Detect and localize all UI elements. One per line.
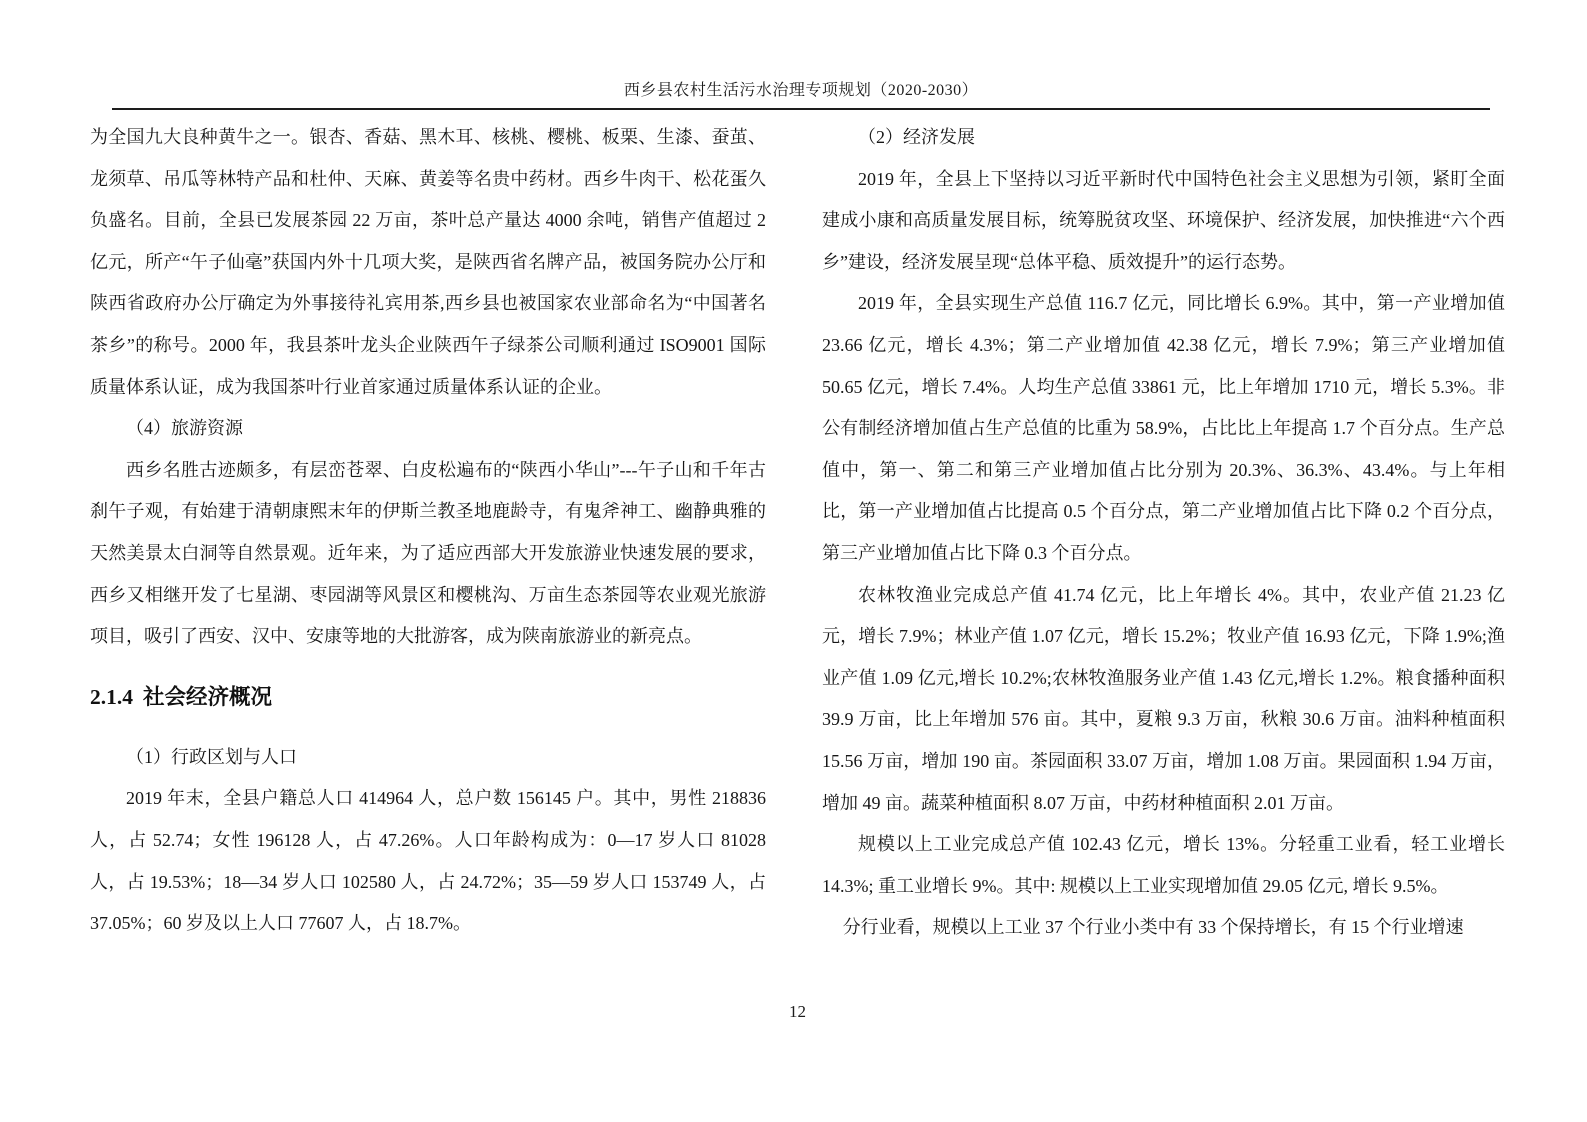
section-heading-number: 2.1.4 [90, 685, 133, 709]
header-title: 西乡县农村生活污水治理专项规划（2020-2030） [112, 80, 1490, 102]
paragraph: 农林牧渔业完成总产值 41.74 亿元，比上年增长 4%。其中，农业产值 21.… [822, 575, 1505, 825]
paragraph: （1）行政区划与人口 [90, 737, 766, 779]
section-heading: 2.1.4社会经济概况 [90, 676, 766, 718]
document-page: 西乡县农村生活污水治理专项规划（2020-2030） 为全国九大良种黄牛之一。银… [0, 0, 1587, 1122]
paragraph: （4）旅游资源 [90, 408, 766, 450]
page-number: 12 [789, 1002, 806, 1021]
paragraph: （2）经济发展 [822, 117, 1505, 159]
paragraph: 规模以上工业完成总产值 102.43 亿元，增长 13%。分轻重工业看，轻工业增… [822, 824, 1505, 907]
paragraph: 2019 年，全县实现生产总值 116.7 亿元，同比增长 6.9%。其中，第一… [822, 283, 1505, 574]
paragraph: 为全国九大良种黄牛之一。银杏、香菇、黑木耳、核桃、樱桃、板栗、生漆、蚕茧、龙须草… [90, 117, 766, 408]
paragraph: 西乡名胜古迹颇多，有层峦苍翠、白皮松遍布的“陕西小华山”---午子山和千年古刹午… [90, 450, 766, 658]
paragraph: 分行业看，规模以上工业 37 个行业小类中有 33 个保持增长，有 15 个行业… [822, 907, 1505, 949]
left-column: 为全国九大良种黄牛之一。银杏、香菇、黑木耳、核桃、樱桃、板栗、生漆、蚕茧、龙须草… [90, 117, 766, 945]
paragraph: 2019 年末，全县户籍总人口 414964 人，总户数 156145 户。其中… [90, 778, 766, 944]
right-column: （2）经济发展 2019 年，全县上下坚持以习近平新时代中国特色社会主义思想为引… [822, 117, 1505, 949]
page-footer: 12 [90, 1000, 1505, 1024]
page-header: 西乡县农村生活污水治理专项规划（2020-2030） [112, 80, 1490, 110]
paragraph: 2019 年，全县上下坚持以习近平新时代中国特色社会主义思想为引领，紧盯全面建成… [822, 159, 1505, 284]
section-heading-title: 社会经济概况 [143, 685, 272, 709]
